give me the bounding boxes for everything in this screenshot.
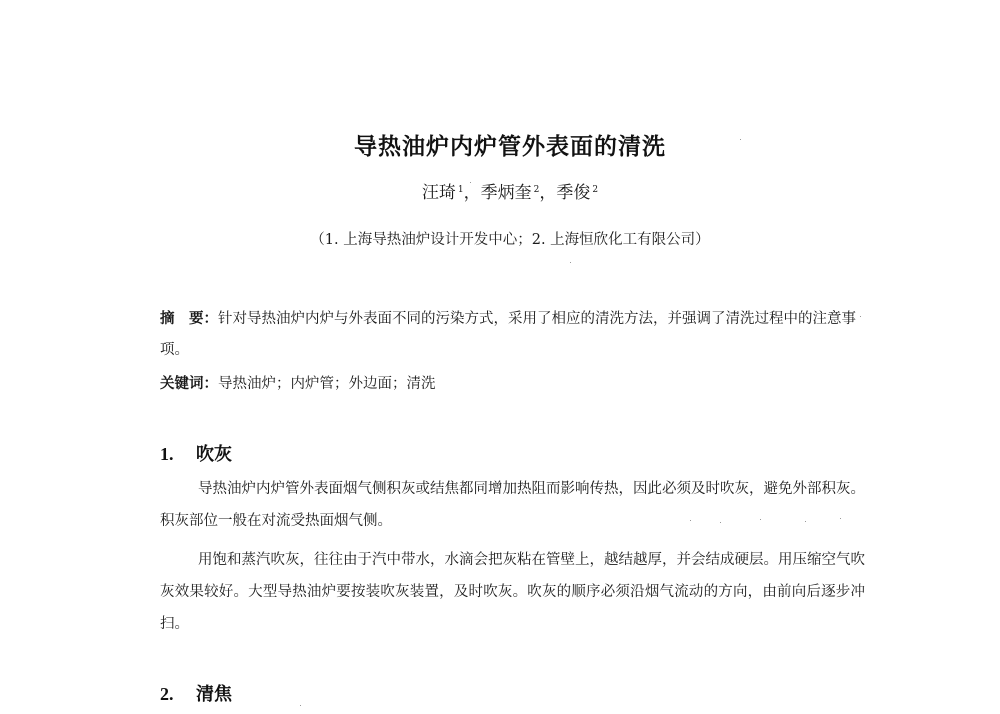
scan-speck: [740, 139, 741, 140]
author-name: 季炳奎: [481, 183, 532, 203]
author-affiliation-mark: 2: [592, 185, 598, 195]
keywords-text: 导热油炉；内炉管；外边面；清洗: [218, 376, 436, 392]
section-title: 吹灰: [196, 444, 232, 465]
scan-speck: [840, 518, 841, 519]
scan-speck: [720, 522, 721, 523]
author-name: 汪琦: [422, 183, 456, 203]
author-name: 季俊: [556, 183, 590, 203]
abstract: 摘 要：针对导热油炉内炉与外表面不同的污染方式，采用了相应的清洗方法，并强调了清…: [160, 304, 865, 366]
section-number: 2.: [160, 684, 196, 705]
keywords: 关键词：导热油炉；内炉管；外边面；清洗: [160, 372, 865, 393]
scan-speck: [300, 705, 301, 706]
scan-speck: [570, 262, 571, 263]
author-list: 汪琦1，季炳奎2，季俊2: [0, 178, 1000, 203]
body-paragraph: 导热油炉内炉管外表面烟气侧积灰或结焦都同增加热阻而影响传热，因此必须及时吹灰，避…: [160, 473, 865, 537]
section-title: 清焦: [196, 684, 232, 705]
scan-speck: [760, 519, 761, 520]
scan-speck: [690, 520, 691, 521]
document-page: 导热油炉内炉管外表面的清洗 汪琦1，季炳奎2，季俊2 （1. 上海导热油炉设计开…: [0, 0, 1000, 714]
author-separator: ，: [539, 183, 556, 203]
body-paragraph: 用饱和蒸汽吹灰，往往由于汽中带水，水滴会把灰粘在管壁上，越结越厚，并会结成硬层。…: [160, 544, 865, 640]
abstract-text: 针对导热油炉内炉与外表面不同的污染方式，采用了相应的清洗方法，并强调了清洗过程中…: [160, 311, 856, 358]
scan-speck: [805, 521, 806, 522]
abstract-label: 摘 要：: [160, 311, 218, 327]
section-heading: 2.清焦: [160, 680, 232, 706]
author-separator: ，: [464, 183, 481, 203]
paper-title: 导热油炉内炉管外表面的清洗: [0, 128, 1000, 161]
scan-speck: [860, 316, 861, 317]
keywords-label: 关键词：: [160, 376, 218, 392]
section-number: 1.: [160, 444, 196, 465]
section-heading: 1.吹灰: [160, 440, 232, 466]
affiliation-line: （1. 上海导热油炉设计开发中心；2. 上海恒欣化工有限公司）: [0, 228, 1000, 249]
scan-speck: [470, 182, 471, 183]
